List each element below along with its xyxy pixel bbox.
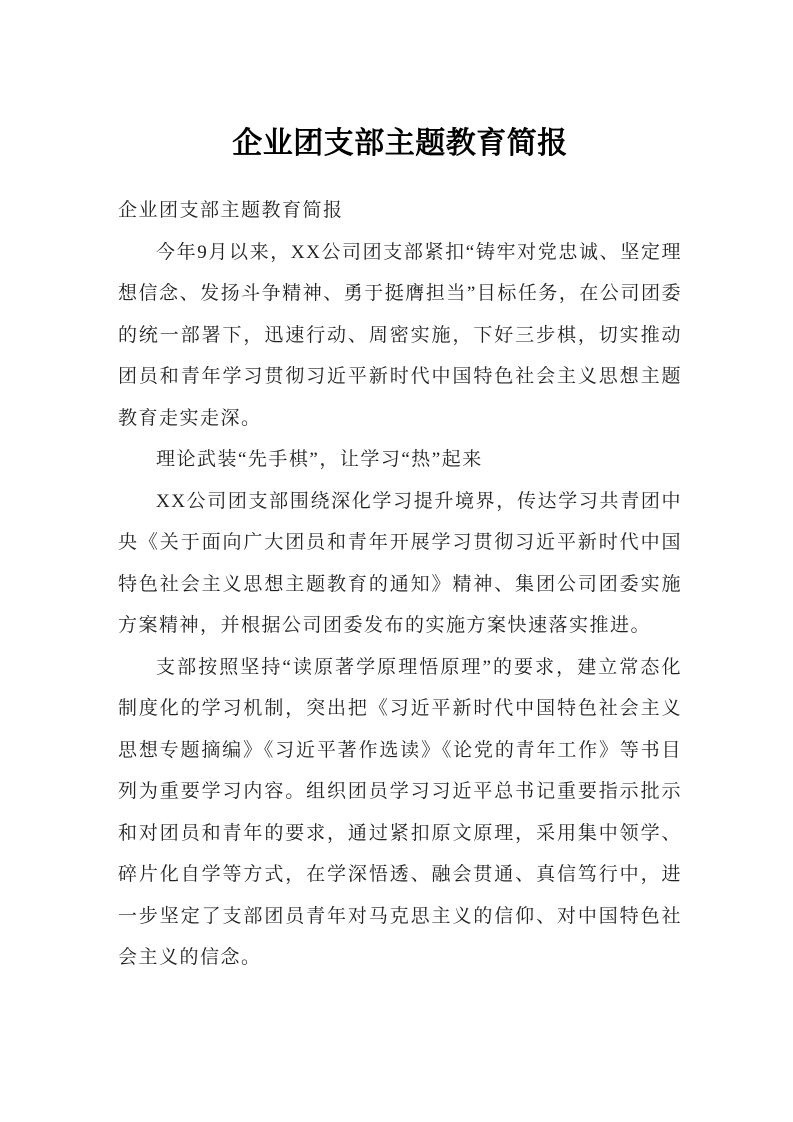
paragraph-intro: 今年9月以来，XX公司团支部紧扣“铸牢对党忠诚、坚定理想信念、发扬斗争精神、勇于… [118, 232, 682, 440]
paragraph-study-arrangement: XX公司团支部围绕深化学习提升境界，传达学习共青团中央《关于面向广大团员和青年开… [118, 481, 682, 647]
paragraph-subtitle-line: 企业团支部主题教育简报 [118, 190, 682, 232]
paragraph-study-mechanism: 支部按照坚持“读原著学原理悟原理”的要求，建立常态化制度化的学习机制，突出把《习… [118, 647, 682, 979]
paragraph-section-heading: 理论武装“先手棋”，让学习“热”起来 [118, 439, 682, 481]
document-page: 企业团支部主题教育简报 企业团支部主题教育简报 今年9月以来，XX公司团支部紧扣… [0, 0, 793, 1122]
document-title: 企业团支部主题教育简报 [118, 122, 682, 166]
